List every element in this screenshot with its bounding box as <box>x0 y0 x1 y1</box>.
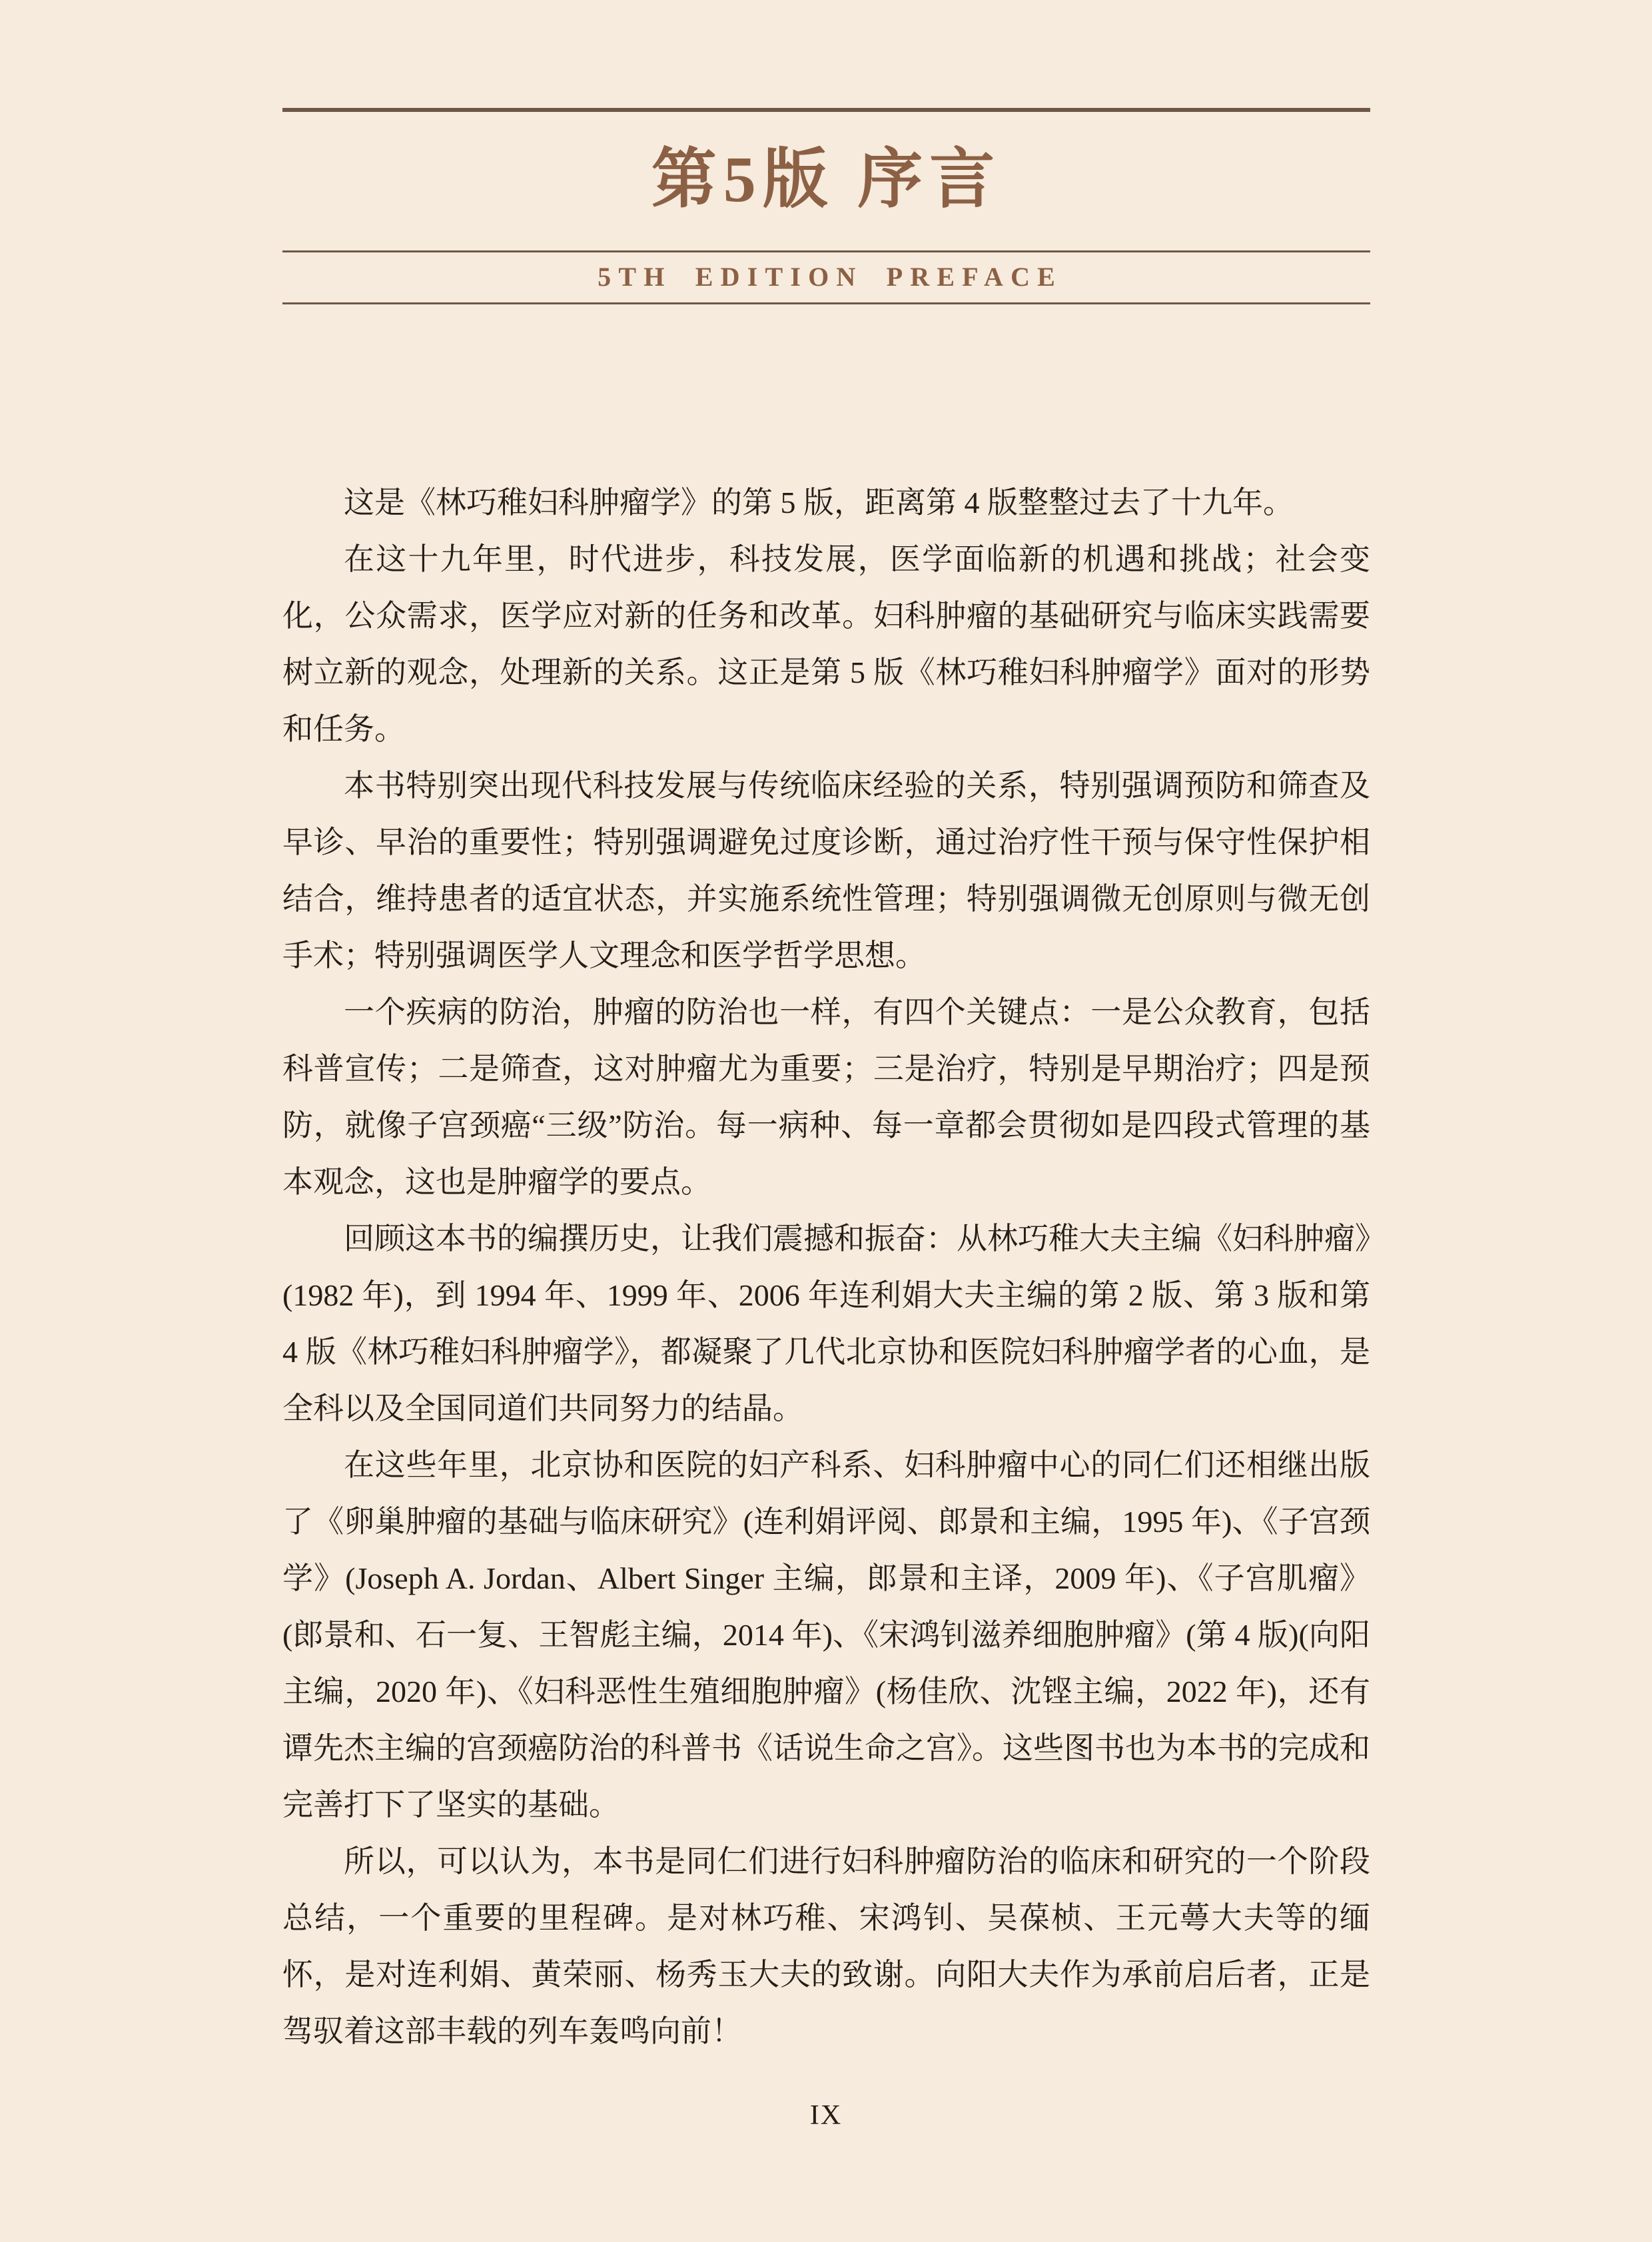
preface-paragraph: 回顾这本书的编撰历史，让我们震撼和振奋：从林巧稚大夫主编《妇科肿瘤》(1982 … <box>282 1210 1370 1437</box>
preface-paragraph: 所以，可以认为，本书是同仁们进行妇科肿瘤防治的临床和研究的一个阶段总结，一个重要… <box>282 1833 1370 2059</box>
header-rule-top <box>282 108 1370 112</box>
header-rule-middle <box>282 250 1370 252</box>
preface-paragraph: 在这些年里，北京协和医院的妇产科系、妇科肿瘤中心的同仁们还相继出版了《卵巢肿瘤的… <box>282 1437 1370 1833</box>
page-subtitle: 5TH EDITION PREFACE <box>282 258 1370 296</box>
header-rule-bottom <box>282 302 1370 304</box>
preface-paragraph: 一个疾病的防治，肿瘤的防治也一样，有四个关键点：一是公众教育，包括科普宣传；二是… <box>282 984 1370 1210</box>
preface-paragraph: 本书特别突出现代科技发展与传统临床经验的关系，特别强调预防和筛查及早诊、早治的重… <box>282 757 1370 984</box>
preface-body: 这是《林巧稚妇科肿瘤学》的第 5 版，距离第 4 版整整过去了十九年。 在这十九… <box>282 474 1370 2059</box>
page-number: IX <box>0 2095 1652 2135</box>
preface-page: 第5版 序言 5TH EDITION PREFACE 这是《林巧稚妇科肿瘤学》的… <box>0 0 1652 2242</box>
page-title: 第5版 序言 <box>282 127 1370 233</box>
preface-paragraph: 这是《林巧稚妇科肿瘤学》的第 5 版，距离第 4 版整整过去了十九年。 <box>282 474 1370 531</box>
preface-paragraph: 在这十九年里，时代进步，科技发展，医学面临新的机遇和挑战；社会变化，公众需求，医… <box>282 531 1370 757</box>
